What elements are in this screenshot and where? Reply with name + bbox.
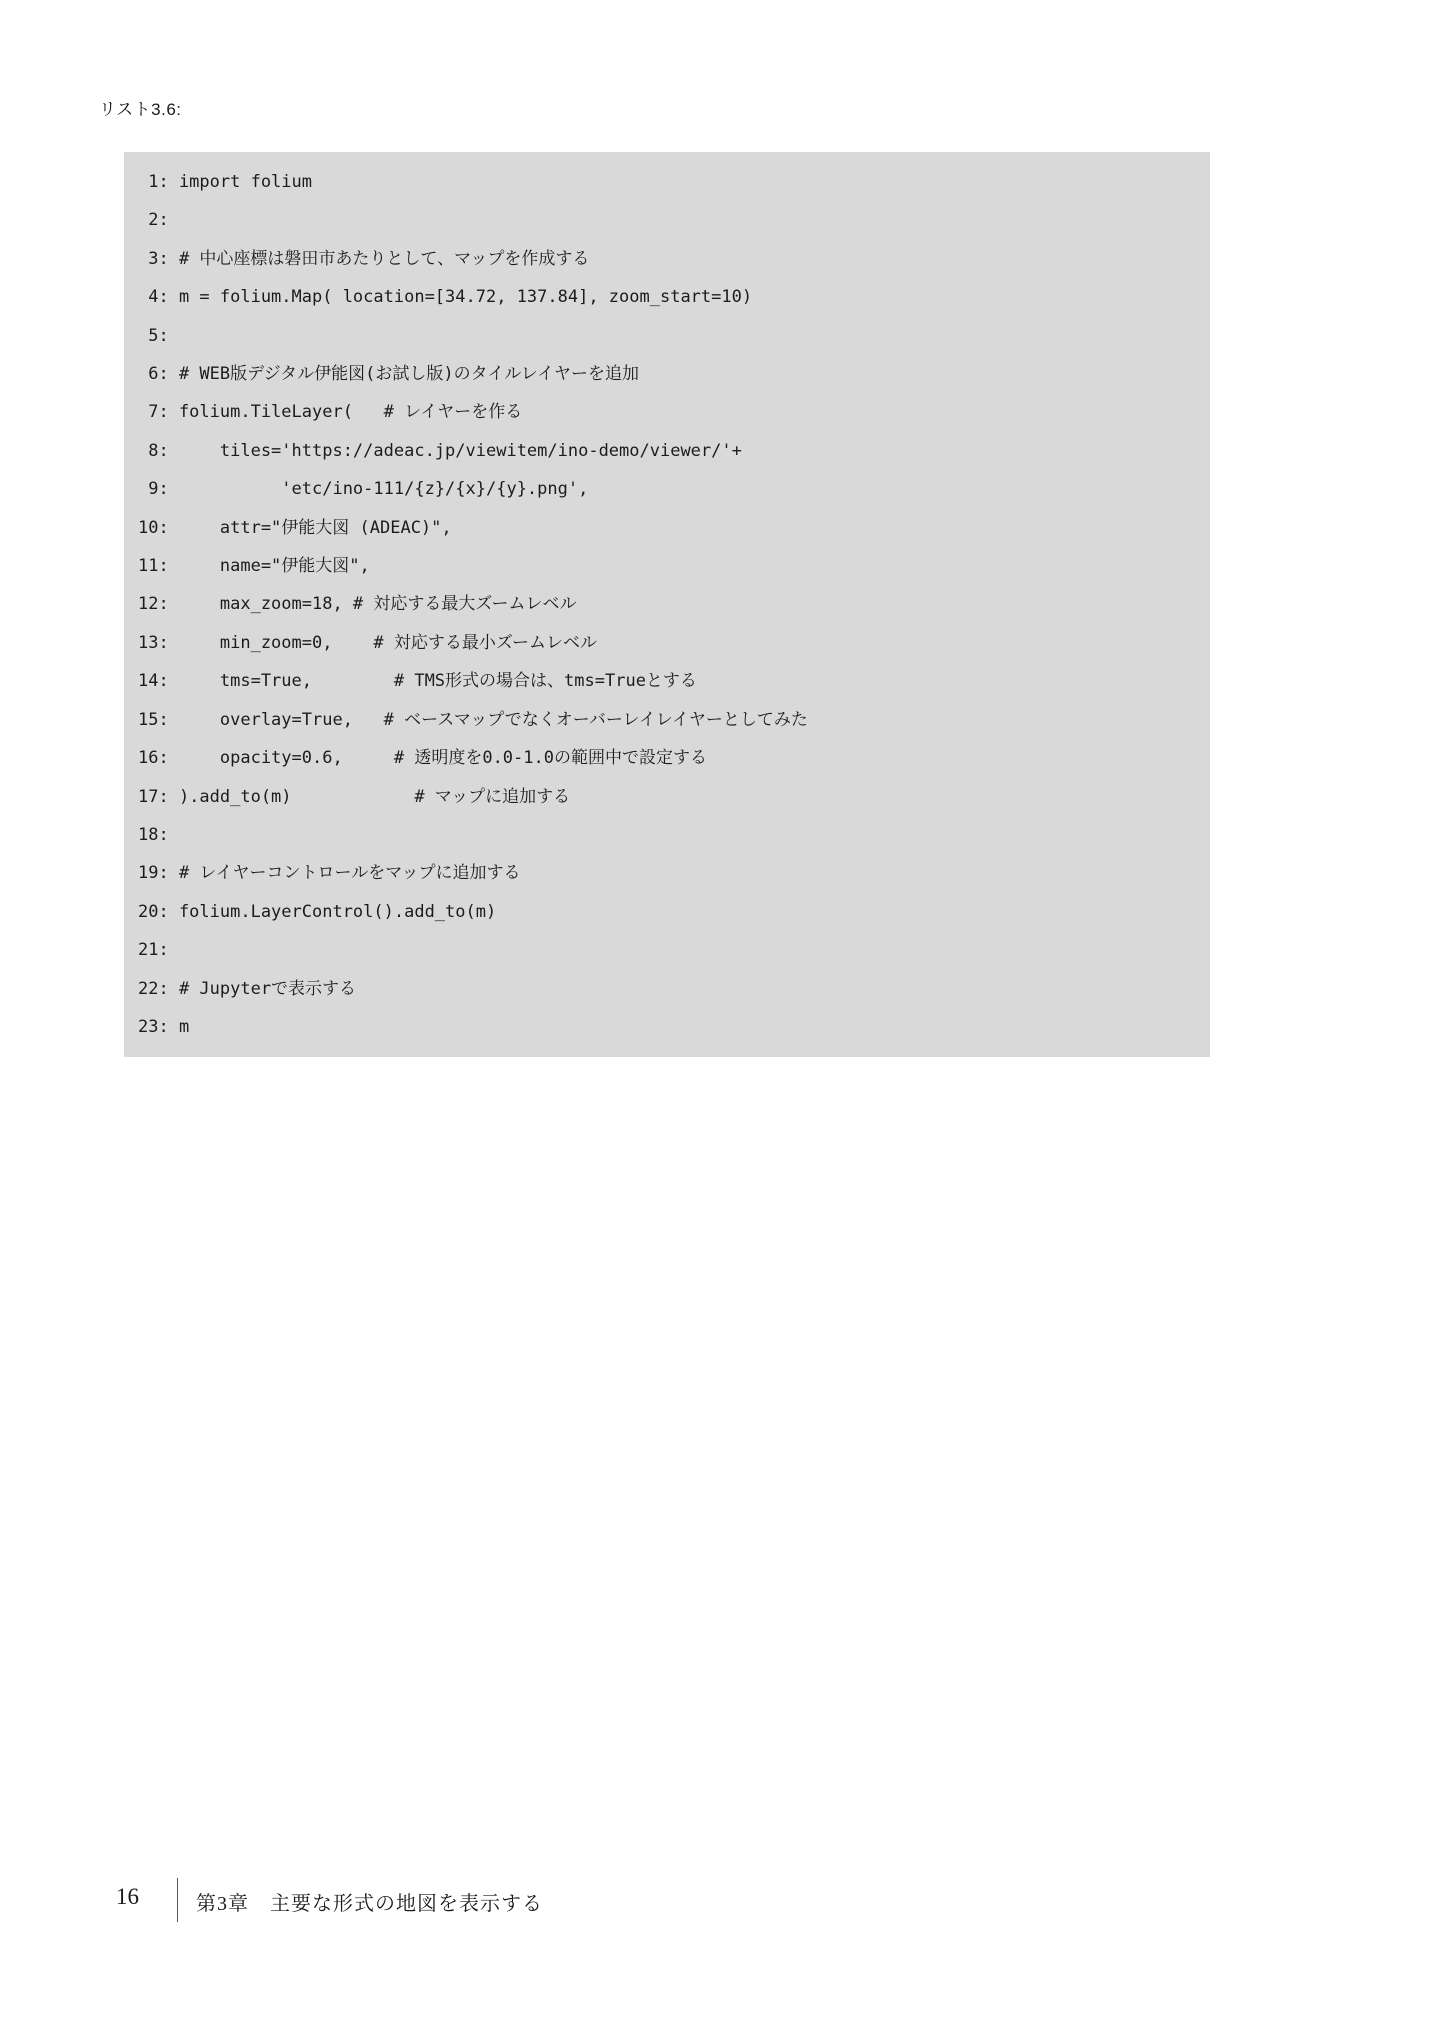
page-number: 16 (116, 1884, 139, 1910)
code-line: 23: m (138, 1008, 1200, 1046)
code-line: 12: max_zoom=18, # 対応する最大ズームレベル (138, 585, 1200, 623)
listing-caption: リスト3.6: (99, 95, 182, 120)
footer-divider (177, 1878, 178, 1922)
code-line: 7: folium.TileLayer( # レイヤーを作る (138, 393, 1200, 431)
code-line: 14: tms=True, # TMS形式の場合は、tms=Trueとする (138, 662, 1200, 700)
code-line: 17: ).add_to(m) # マップに追加する (138, 778, 1200, 816)
code-line: 20: folium.LayerControl().add_to(m) (138, 893, 1200, 931)
code-line: 5: (138, 317, 1200, 355)
code-listing: 1: import folium 2: 3: # 中心座標は磐田市あたりとして、… (124, 152, 1210, 1057)
code-line: 9: 'etc/ino-111/{z}/{x}/{y}.png', (138, 470, 1200, 508)
code-line: 6: # WEB版デジタル伊能図(お試し版)のタイルレイヤーを追加 (138, 355, 1200, 393)
code-line: 15: overlay=True, # ベースマップでなくオーバーレイレイヤーと… (138, 701, 1200, 739)
code-line: 2: (138, 201, 1200, 239)
code-line: 8: tiles='https://adeac.jp/viewitem/ino-… (138, 432, 1200, 470)
chapter-title: 第3章 主要な形式の地図を表示する (196, 1887, 543, 1916)
code-line: 4: m = folium.Map( location=[34.72, 137.… (138, 278, 1200, 316)
code-line: 3: # 中心座標は磐田市あたりとして、マップを作成する (138, 240, 1200, 278)
page-footer: 16 第3章 主要な形式の地図を表示する (0, 1878, 1433, 1926)
code-line: 13: min_zoom=0, # 対応する最小ズームレベル (138, 624, 1200, 662)
code-line: 18: (138, 816, 1200, 854)
code-line: 10: attr="伊能大図 (ADEAC)", (138, 509, 1200, 547)
code-line: 19: # レイヤーコントロールをマップに追加する (138, 854, 1200, 892)
code-line: 16: opacity=0.6, # 透明度を0.0-1.0の範囲中で設定する (138, 739, 1200, 777)
code-line: 21: (138, 931, 1200, 969)
code-line: 1: import folium (138, 163, 1200, 201)
code-line: 22: # Jupyterで表示する (138, 970, 1200, 1008)
code-line: 11: name="伊能大図", (138, 547, 1200, 585)
